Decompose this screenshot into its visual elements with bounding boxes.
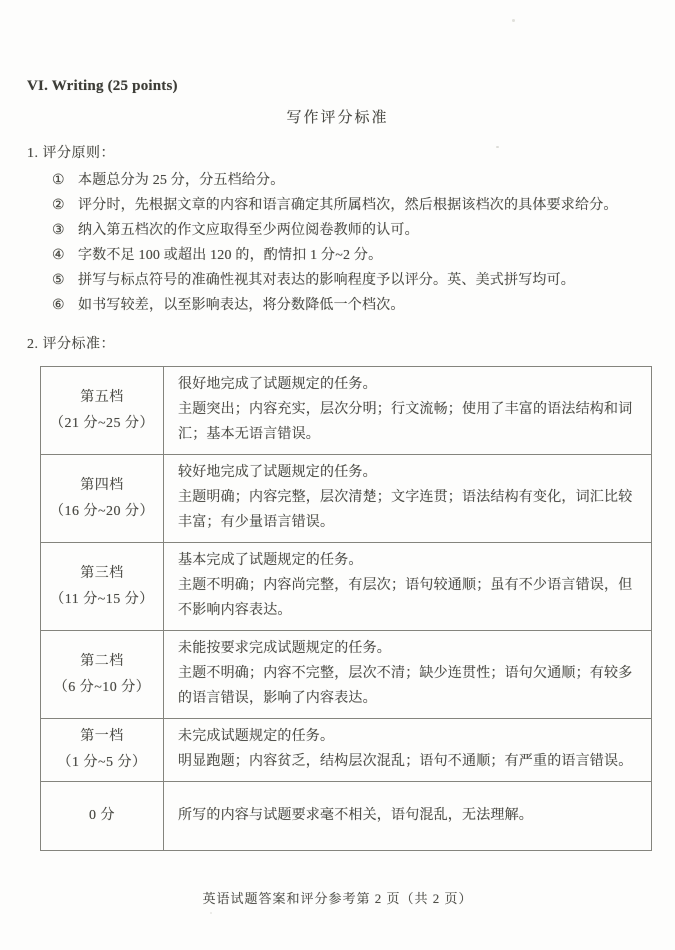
scanned-document-page: VI. Writing (25 points) 写作评分标准 1. 评分原则： …: [0, 0, 675, 950]
item-text: 如书写较差，以至影响表达，将分数降低一个档次。: [78, 293, 405, 318]
section-heading: VI. Writing (25 points): [27, 78, 648, 95]
item-text: 拼写与标点符号的准确性视其对表达的影响程度予以评分。英、美式拼写均可。: [78, 268, 575, 293]
score-range: （16 分~20 分）: [43, 499, 161, 525]
rubric-row: 第三档 （11 分~15 分） 基本完成了试题规定的任务。 主题不明确；内容尚完…: [41, 543, 652, 631]
level-name: 第一档: [43, 724, 161, 750]
rubric-row: 第四档 （16 分~20 分） 较好地完成了试题规定的任务。 主题明确；内容完整…: [41, 455, 652, 543]
level-name: 0 分: [43, 803, 161, 829]
scan-speck: [568, 197, 570, 199]
desc-line: 所写的内容与试题要求毫不相关，语句混乱，无法理解。: [178, 803, 635, 828]
item-number: ②: [52, 193, 78, 218]
rubric-desc-cell: 基本完成了试题规定的任务。 主题不明确；内容尚完整，有层次；语句较通顺；虽有不少…: [164, 543, 652, 631]
item-text: 评分时，先根据文章的内容和语言确定其所属档次，然后根据该档次的具体要求给分。: [78, 193, 618, 218]
rubric-level-cell: 0 分: [41, 782, 164, 851]
rubric-desc-cell: 很好地完成了试题规定的任务。 主题突出；内容充实，层次分明；行文流畅；使用了丰富…: [164, 367, 652, 455]
page-title: 写作评分标准: [27, 106, 648, 127]
item-number: ⑥: [52, 293, 78, 318]
score-range: （6 分~10 分）: [43, 675, 161, 701]
scoring-rubric-table: 第五档 （21 分~25 分） 很好地完成了试题规定的任务。 主题突出；内容充实…: [40, 366, 652, 851]
rubric-desc-cell: 未完成试题规定的任务。 明显跑题；内容贫乏，结构层次混乱；语句不通顺；有严重的语…: [164, 719, 652, 782]
desc-line: 未能按要求完成试题规定的任务。: [178, 636, 635, 661]
rubric-row: 0 分 所写的内容与试题要求毫不相关，语句混乱，无法理解。: [41, 782, 652, 851]
desc-line: 主题不明确；内容不完整，层次不清；缺少连贯性；语句欠通顺；有较多的语言错误，影响…: [178, 661, 635, 711]
rubric-level-cell: 第五档 （21 分~25 分）: [41, 367, 164, 455]
level-name: 第三档: [43, 561, 161, 587]
rubric-level-cell: 第一档 （1 分~5 分）: [41, 719, 164, 782]
score-range: （11 分~15 分）: [43, 587, 161, 613]
rubric-desc-cell: 所写的内容与试题要求毫不相关，语句混乱，无法理解。: [164, 782, 652, 851]
rubric-desc-cell: 较好地完成了试题规定的任务。 主题明确；内容完整，层次清楚；文字连贯；语法结构有…: [164, 455, 652, 543]
desc-line: 未完成试题规定的任务。: [178, 724, 635, 749]
desc-line: 很好地完成了试题规定的任务。: [178, 372, 635, 397]
desc-line: 基本完成了试题规定的任务。: [178, 548, 635, 573]
principle-item: ⑥ 如书写较差，以至影响表达，将分数降低一个档次。: [52, 293, 648, 318]
scan-speck: [512, 19, 515, 22]
rubric-level-cell: 第三档 （11 分~15 分）: [41, 543, 164, 631]
desc-line: 主题突出；内容充实，层次分明；行文流畅；使用了丰富的语法结构和词汇；基本无语言错…: [178, 397, 635, 447]
level-name: 第二档: [43, 649, 161, 675]
level-name: 第五档: [43, 385, 161, 411]
item-number: ①: [52, 168, 78, 193]
criteria-heading: 2. 评分标准：: [27, 333, 648, 353]
rubric-row: 第二档 （6 分~10 分） 未能按要求完成试题规定的任务。 主题不明确；内容不…: [41, 631, 652, 719]
item-number: ⑤: [52, 268, 78, 293]
item-number: ③: [52, 218, 78, 243]
principle-item: ④ 字数不足 100 或超出 120 的，酌情扣 1 分~2 分。: [52, 243, 648, 268]
rubric-row: 第一档 （1 分~5 分） 未完成试题规定的任务。 明显跑题；内容贫乏，结构层次…: [41, 719, 652, 782]
scan-speck: [210, 912, 212, 914]
principle-item: ② 评分时，先根据文章的内容和语言确定其所属档次，然后根据该档次的具体要求给分。: [52, 193, 648, 218]
item-text: 字数不足 100 或超出 120 的，酌情扣 1 分~2 分。: [78, 243, 382, 268]
rubric-level-cell: 第四档 （16 分~20 分）: [41, 455, 164, 543]
principles-heading: 1. 评分原则：: [27, 142, 648, 162]
rubric-row: 第五档 （21 分~25 分） 很好地完成了试题规定的任务。 主题突出；内容充实…: [41, 367, 652, 455]
score-range: （21 分~25 分）: [43, 411, 161, 437]
principle-item: ⑤ 拼写与标点符号的准确性视其对表达的影响程度予以评分。英、美式拼写均可。: [52, 268, 648, 293]
desc-line: 明显跑题；内容贫乏，结构层次混乱；语句不通顺；有严重的语言错误。: [178, 749, 635, 774]
principle-item: ① 本题总分为 25 分，分五档给分。: [52, 168, 648, 193]
level-name: 第四档: [43, 473, 161, 499]
scan-speck: [496, 146, 499, 148]
page-footer: 英语试题答案和评分参考第 2 页（共 2 页）: [0, 888, 675, 907]
item-text: 纳入第五档次的作文应取得至少两位阅卷教师的认可。: [78, 218, 419, 243]
principle-item: ③ 纳入第五档次的作文应取得至少两位阅卷教师的认可。: [52, 218, 648, 243]
rubric-level-cell: 第二档 （6 分~10 分）: [41, 631, 164, 719]
rubric-desc-cell: 未能按要求完成试题规定的任务。 主题不明确；内容不完整，层次不清；缺少连贯性；语…: [164, 631, 652, 719]
desc-line: 主题明确；内容完整，层次清楚；文字连贯；语法结构有变化，词汇比较丰富；有少量语言…: [178, 485, 635, 535]
item-number: ④: [52, 243, 78, 268]
principles-list: ① 本题总分为 25 分，分五档给分。 ② 评分时，先根据文章的内容和语言确定其…: [52, 168, 648, 318]
score-range: （1 分~5 分）: [43, 750, 161, 776]
desc-line: 较好地完成了试题规定的任务。: [178, 460, 635, 485]
item-text: 本题总分为 25 分，分五档给分。: [78, 168, 284, 193]
desc-line: 主题不明确；内容尚完整，有层次；语句较通顺；虽有不少语言错误，但不影响内容表达。: [178, 573, 635, 623]
